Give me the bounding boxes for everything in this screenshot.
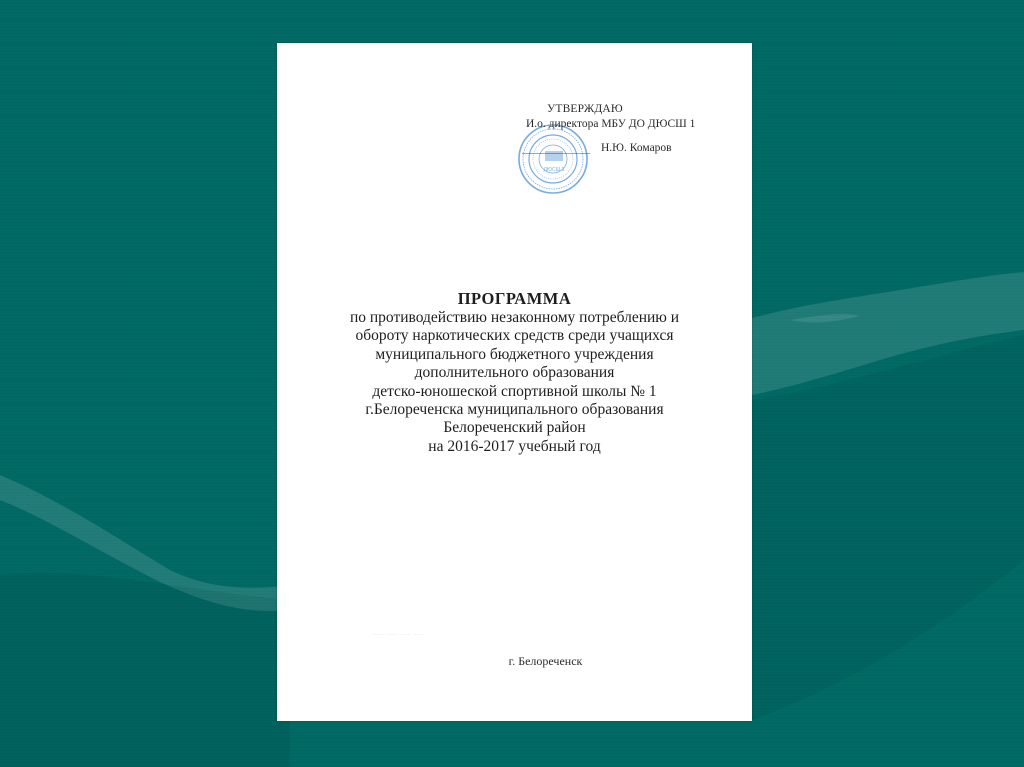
approval-heading: УТВЕРЖДАЮ xyxy=(547,102,623,116)
document-city: г. Белореченск xyxy=(277,654,752,669)
approval-signatory: Н.Ю. Комаров xyxy=(601,141,672,155)
subtitle-line: г.Белореченска муниципального образовани… xyxy=(277,401,752,419)
subtitle-line: Белореченский район xyxy=(277,419,752,437)
stamp-icon: ДЮСШ 1 xyxy=(517,123,589,195)
svg-text:ДЮСШ 1: ДЮСШ 1 xyxy=(544,167,565,173)
signature-line xyxy=(522,153,590,154)
subtitle-line: по противодействию незаконному потреблен… xyxy=(277,309,752,327)
subtitle-line: обороту наркотических средств среди учащ… xyxy=(277,327,752,345)
bleed-through-text: — — — — xyxy=(372,628,424,640)
document-page: — — — — ДЮСШ 1 УТВЕРЖДАЮ И.о. директора … xyxy=(277,43,752,721)
subtitle-line: дополнительного образования xyxy=(277,364,752,382)
document-title-block: ПРОГРАММА по противодействию незаконному… xyxy=(277,289,752,456)
subtitle-line: на 2016-2017 учебный год xyxy=(277,438,752,456)
subtitle-line: детско-юношеской спортивной школы № 1 xyxy=(277,383,752,401)
document-title: ПРОГРАММА xyxy=(277,289,752,309)
subtitle-line: муниципального бюджетного учреждения xyxy=(277,346,752,364)
approval-position: И.о. директора МБУ ДО ДЮСШ 1 xyxy=(526,117,695,131)
